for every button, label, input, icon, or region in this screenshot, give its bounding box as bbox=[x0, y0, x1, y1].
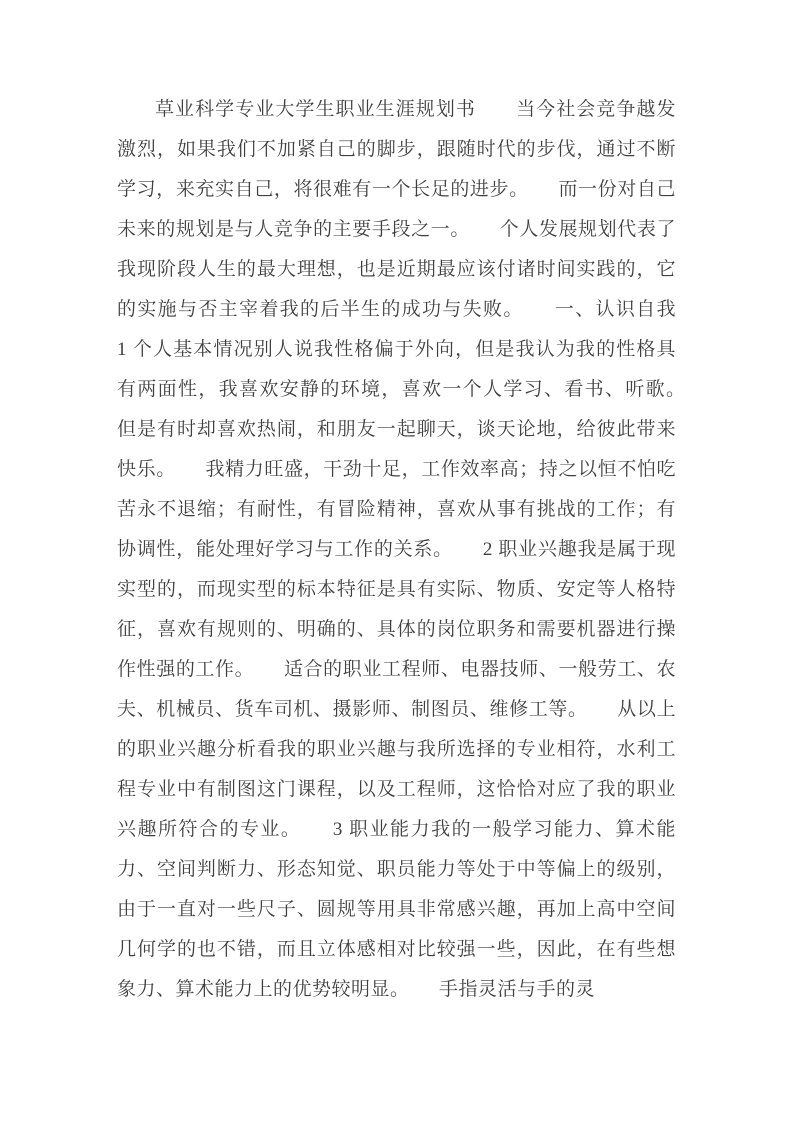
document-page: 草业科学专业大学生职业生涯规划书 当今社会竞争越发激烈，如果我们不加紧自己的脚步… bbox=[0, 0, 793, 1122]
body-paragraph: 草业科学专业大学生职业生涯规划书 当今社会竞争越发激烈，如果我们不加紧自己的脚步… bbox=[117, 90, 676, 1010]
